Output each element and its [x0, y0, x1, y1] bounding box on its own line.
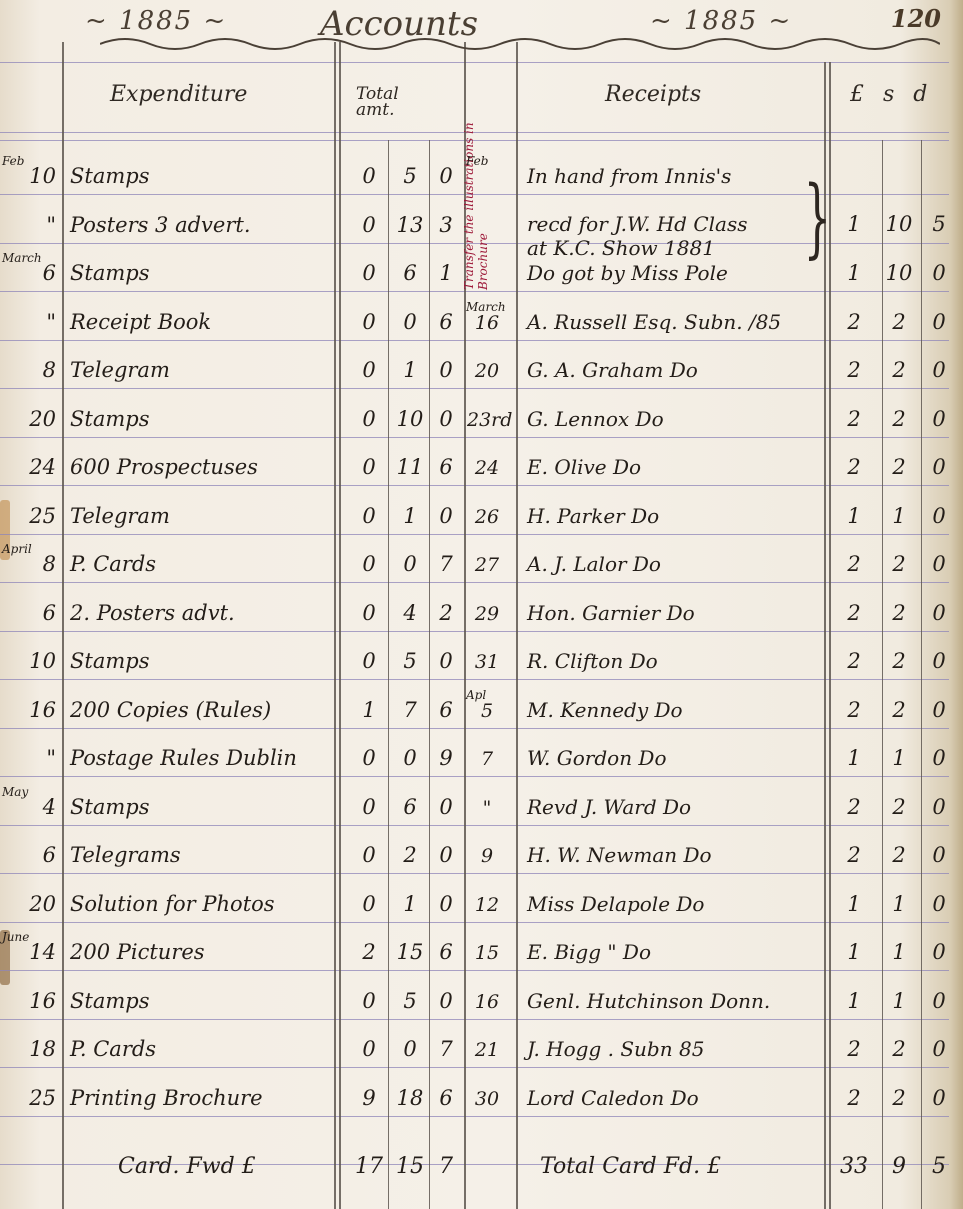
receipt-pounds: 2	[840, 795, 868, 819]
receipt-row: 30Lord Caledon Do220	[0, 1068, 963, 1116]
receipt-day: 15	[467, 942, 507, 964]
receipt-item: H. Parker Do	[527, 504, 659, 528]
receipt-item: H. W. Newman Do	[527, 843, 712, 867]
receipt-pence: 0	[925, 892, 953, 916]
carried-forward-label: Card. Fwd £	[118, 1154, 256, 1179]
receipt-shillings: 1	[885, 989, 913, 1013]
receipt-pence: 0	[925, 310, 953, 334]
receipt-pounds: 1	[840, 940, 868, 964]
receipt-shillings: 2	[885, 795, 913, 819]
receipt-row: 23rdG. Lennox Do220	[0, 389, 963, 437]
receipt-row: "Revd J. Ward Do220	[0, 777, 963, 825]
receipt-item: W. Gordon Do	[527, 746, 667, 770]
receipt-item: J. Hogg . Subn 85	[527, 1037, 704, 1061]
receipt-pounds: 1	[840, 261, 868, 285]
receipts-total-shillings: 9	[885, 1154, 913, 1179]
receipt-item: G. Lennox Do	[527, 407, 664, 431]
receipt-item: Hon. Garnier Do	[527, 601, 695, 625]
receipt-shillings: 2	[885, 407, 913, 431]
receipt-item: Lord Caledon Do	[527, 1086, 699, 1110]
receipt-pounds: 2	[840, 552, 868, 576]
receipt-pounds: 2	[840, 1037, 868, 1061]
total-shillings: 15	[396, 1154, 424, 1179]
receipt-row: 20G. A. Graham Do220	[0, 340, 963, 388]
receipt-shillings: 1	[885, 504, 913, 528]
receipt-pence: 0	[925, 940, 953, 964]
receipt-shillings: 2	[885, 649, 913, 673]
receipt-pounds: 2	[840, 843, 868, 867]
receipt-row: 29Hon. Garnier Do220	[0, 583, 963, 631]
total-pounds: 17	[355, 1154, 383, 1179]
receipt-shillings: 2	[885, 455, 913, 479]
receipt-pence: 0	[925, 795, 953, 819]
receipt-shillings: 2	[885, 698, 913, 722]
year-left: ~ 1885 ~	[85, 6, 227, 36]
receipt-month: Feb	[466, 154, 488, 168]
receipt-pounds: 2	[840, 601, 868, 625]
receipt-row: 27A. J. Lalor Do220	[0, 534, 963, 582]
receipt-day: 5	[467, 700, 507, 722]
receipt-shillings: 2	[885, 1086, 913, 1110]
receipt-item: R. Clifton Do	[527, 649, 658, 673]
receipt-shillings: 2	[885, 1037, 913, 1061]
receipt-day: 7	[467, 748, 507, 770]
receipt-item: A. J. Lalor Do	[527, 552, 661, 576]
receipt-shillings: 1	[885, 940, 913, 964]
receipt-pounds: 2	[840, 358, 868, 382]
lsd-header: £ s d	[850, 82, 933, 107]
receipt-day: 16	[467, 312, 507, 334]
receipt-row: 15E. Bigg " Do110	[0, 922, 963, 970]
receipt-row: Do got by Miss Pole1100	[0, 243, 963, 291]
receipt-day: 16	[467, 991, 507, 1013]
receipt-pence: 0	[925, 552, 953, 576]
receipt-row: 24E. Olive Do220	[0, 437, 963, 485]
receipt-day: 26	[467, 506, 507, 528]
receipt-day: 12	[467, 894, 507, 916]
receipt-item: M. Kennedy Do	[527, 698, 683, 722]
receipt-pence: 0	[925, 1037, 953, 1061]
year-right: ~ 1885 ~	[650, 6, 792, 36]
ruled-line	[0, 62, 949, 63]
receipt-item: Miss Delapole Do	[527, 892, 704, 916]
receipt-row: 16Genl. Hutchinson Donn.110	[0, 971, 963, 1019]
receipt-day: 30	[467, 1088, 507, 1110]
receipt-pounds: 2	[840, 407, 868, 431]
receipt-pence: 0	[925, 261, 953, 285]
ruled-line	[0, 1116, 949, 1117]
receipt-day: 9	[467, 845, 507, 867]
receipt-pounds: 2	[840, 649, 868, 673]
receipt-row: 21J. Hogg . Subn 85220	[0, 1019, 963, 1067]
receipt-day: 23rd	[467, 409, 507, 431]
receipt-pence: 0	[925, 601, 953, 625]
receipt-item: In hand from Innis's	[527, 164, 731, 188]
receipt-row: 26H. Parker Do110	[0, 486, 963, 534]
receipt-row: Apl5M. Kennedy Do220	[0, 680, 963, 728]
decorative-flourish	[100, 34, 940, 52]
receipt-row: 31R. Clifton Do220	[0, 631, 963, 679]
receipt-row: FebIn hand from Innis's	[0, 146, 963, 194]
receipt-pence: 0	[925, 989, 953, 1013]
total-pence: 7	[432, 1154, 460, 1179]
receipt-pounds: 2	[840, 1086, 868, 1110]
receipt-shillings: 2	[885, 601, 913, 625]
receipt-shillings: 1	[885, 746, 913, 770]
receipt-row: March16A. Russell Esq. Subn. /85220	[0, 292, 963, 340]
receipt-pounds: 2	[840, 310, 868, 334]
receipt-item: Do got by Miss Pole	[527, 261, 728, 285]
page-number: 120	[891, 4, 941, 33]
receipts-total-pounds: 33	[840, 1154, 868, 1179]
receipt-pounds: 2	[840, 698, 868, 722]
ledger-page: ~ 1885 ~ Accounts ~ 1885 ~ 120 Expenditu…	[0, 0, 963, 1209]
receipt-shillings: 10	[885, 261, 913, 285]
receipt-day: 20	[467, 360, 507, 382]
receipt-pence: 0	[925, 843, 953, 867]
receipt-day: 21	[467, 1039, 507, 1061]
receipt-shillings: 2	[885, 843, 913, 867]
expenditure-header: Expenditure	[110, 82, 247, 107]
receipt-item: E. Bigg " Do	[527, 940, 651, 964]
receipt-pence: 0	[925, 1086, 953, 1110]
receipt-row: 12Miss Delapole Do110	[0, 874, 963, 922]
receipt-pence: 0	[925, 746, 953, 770]
receipt-pounds: 1	[840, 746, 868, 770]
receipt-shillings: 2	[885, 310, 913, 334]
receipt-item: Revd J. Ward Do	[527, 795, 691, 819]
receipt-pence: 0	[925, 358, 953, 382]
receipt-item: A. Russell Esq. Subn. /85	[527, 310, 781, 334]
receipt-shillings: 2	[885, 552, 913, 576]
receipt-item: Genl. Hutchinson Donn.	[527, 989, 770, 1013]
receipt-item: E. Olive Do	[527, 455, 641, 479]
receipt-day: 27	[467, 554, 507, 576]
totals-row: Card. Fwd £ 17 15 7 Total Card Fd. £ 33 …	[0, 1125, 963, 1185]
receipt-day: 29	[467, 603, 507, 625]
receipt-row: 7W. Gordon Do110	[0, 728, 963, 776]
receipt-pence: 0	[925, 698, 953, 722]
receipt-pounds: 2	[840, 455, 868, 479]
receipt-shillings: 2	[885, 358, 913, 382]
receipt-pence: 0	[925, 455, 953, 479]
receipt-item: G. A. Graham Do	[527, 358, 698, 382]
receipt-shillings: 1	[885, 892, 913, 916]
receipt-pence: 0	[925, 407, 953, 431]
receipt-day: "	[467, 797, 507, 819]
receipt-pounds: 1	[840, 892, 868, 916]
total-amount-header: Total amt.	[356, 86, 436, 118]
receipt-row: 9H. W. Newman Do220	[0, 825, 963, 873]
receipt-day: 24	[467, 457, 507, 479]
receipt-pounds: 1	[840, 989, 868, 1013]
receipts-total-pence: 5	[925, 1154, 953, 1179]
receipts-header: Receipts	[605, 82, 701, 107]
receipt-pounds: 1	[840, 504, 868, 528]
receipt-pence: 0	[925, 504, 953, 528]
receipts-total-label: Total Card Fd. £	[540, 1154, 721, 1179]
receipt-day: 31	[467, 651, 507, 673]
receipt-pence: 0	[925, 649, 953, 673]
